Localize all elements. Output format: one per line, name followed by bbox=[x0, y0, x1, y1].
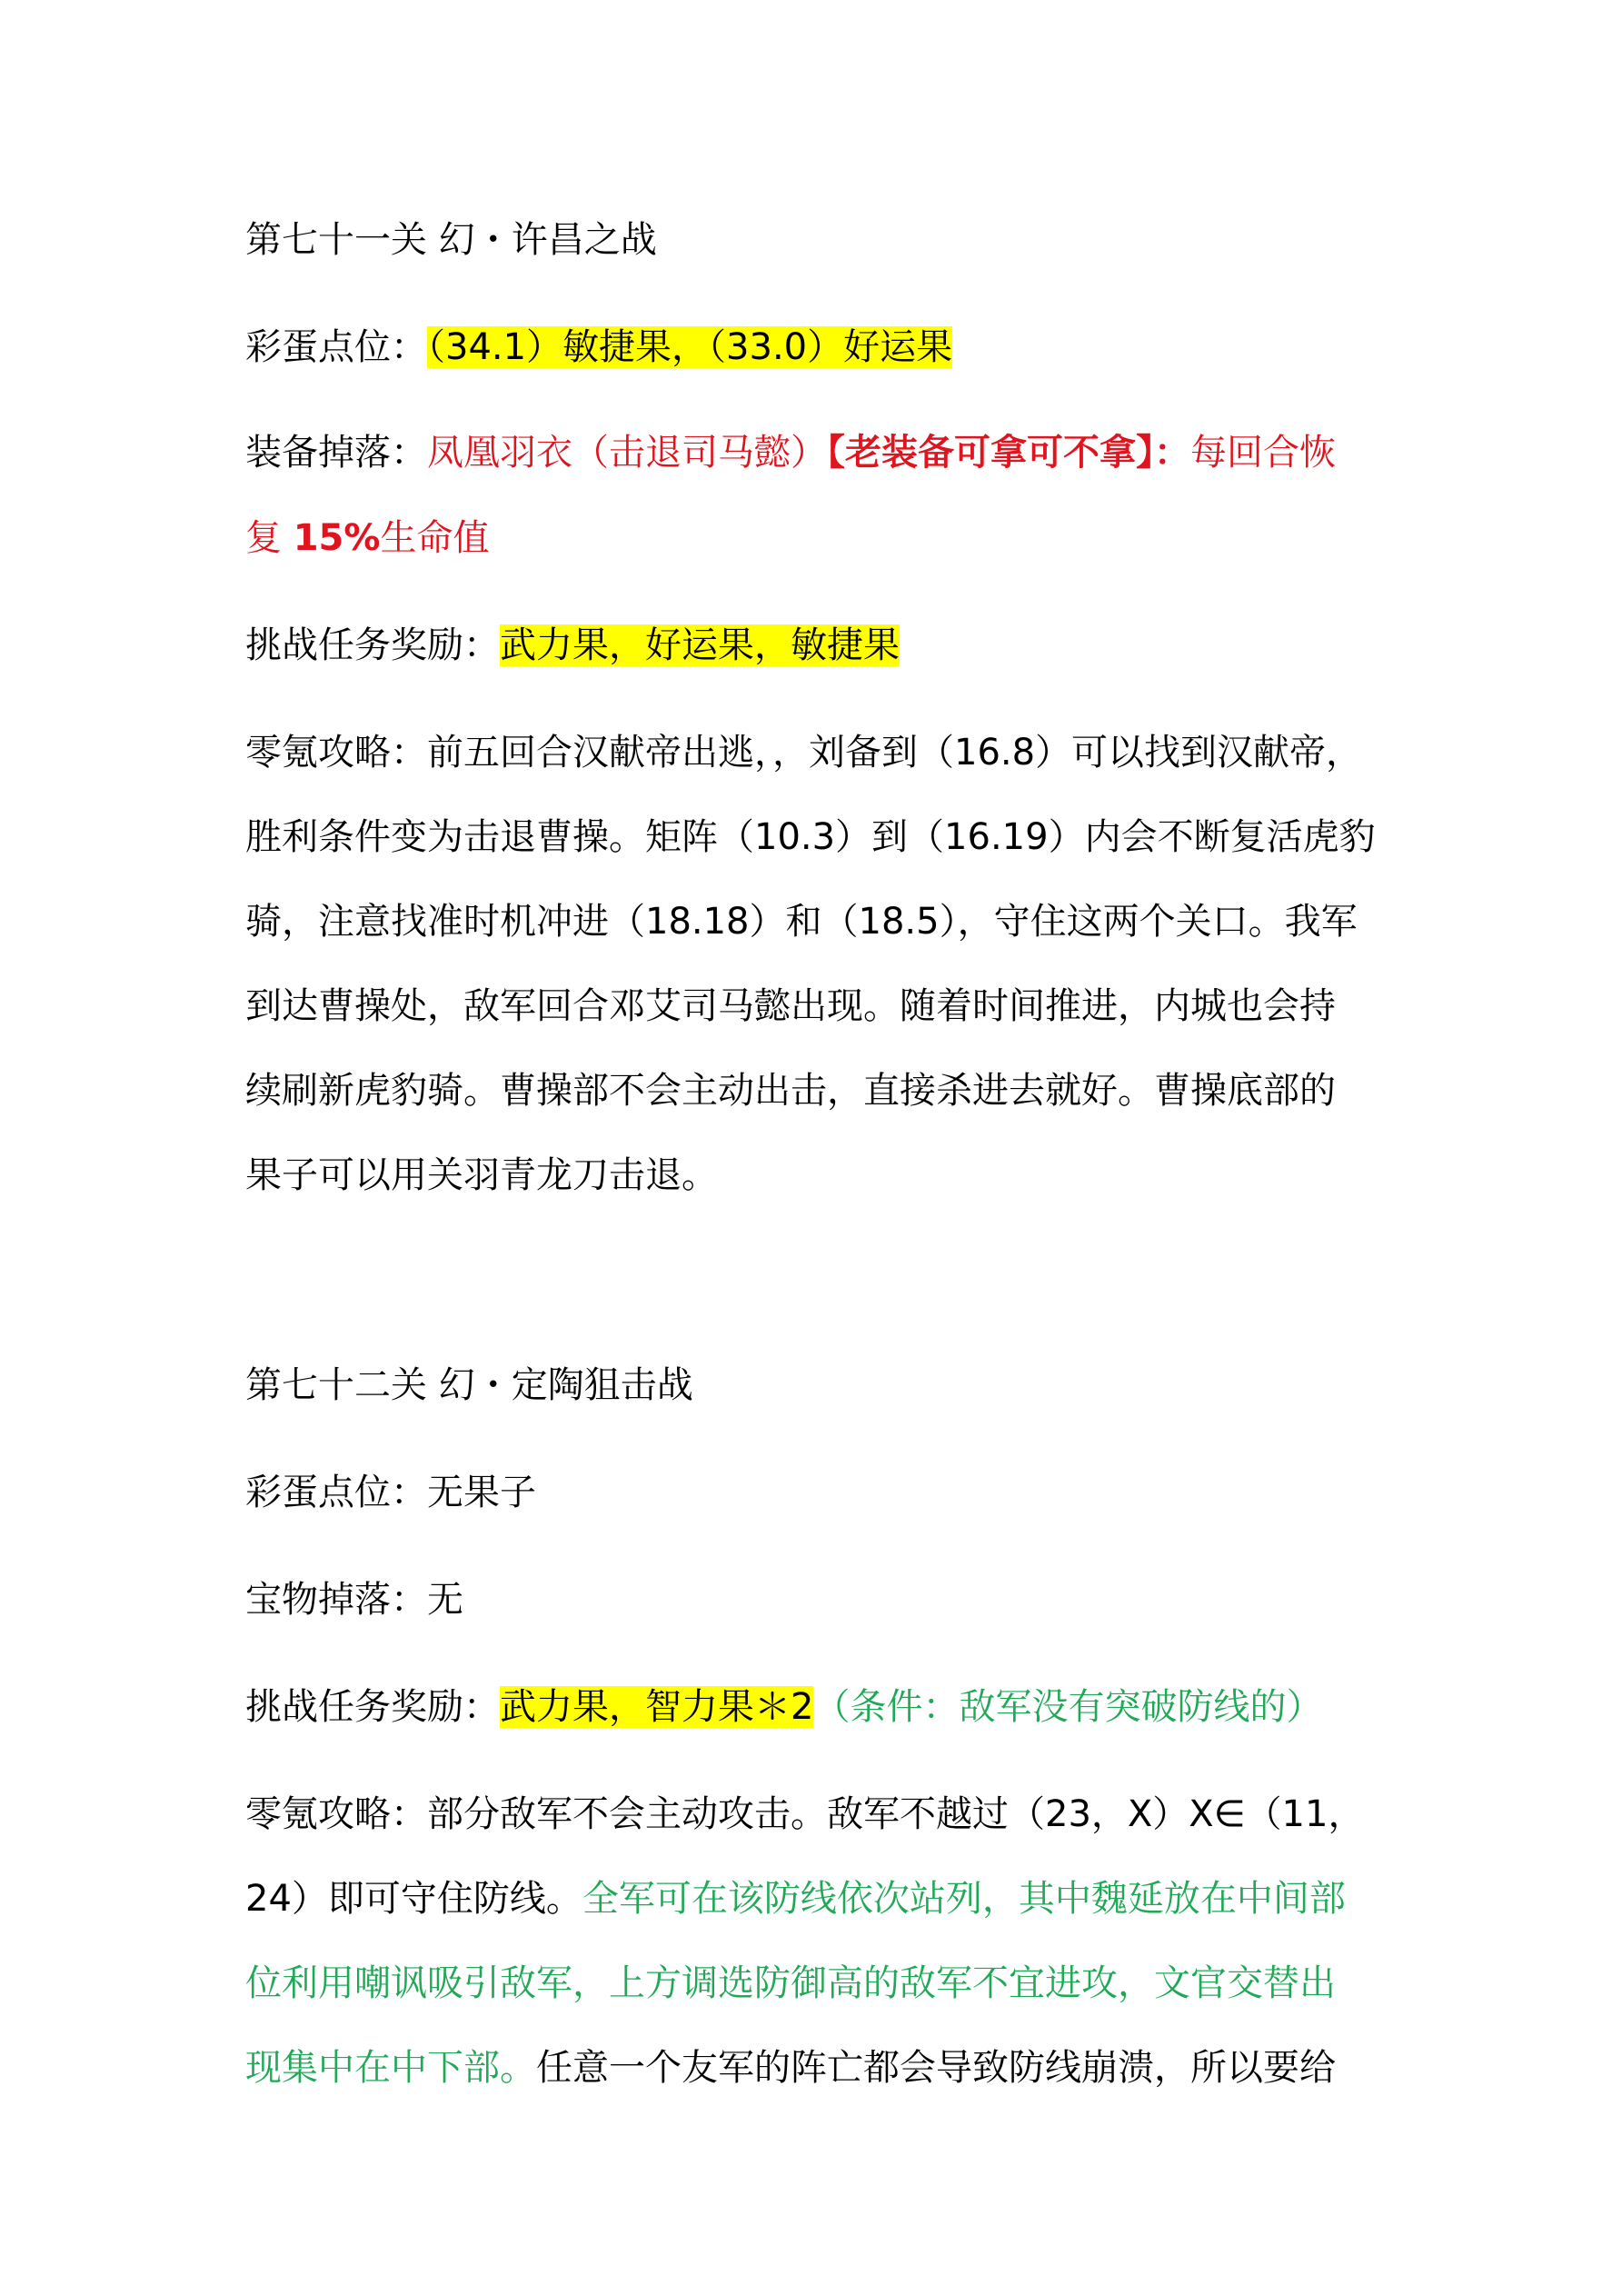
level72-easter-egg: 彩蛋点位：无果子 bbox=[245, 1467, 536, 1518]
equipment-drop-note: 【老装备可拿可不拿】： bbox=[827, 432, 1190, 474]
level72-strategy-line: 零氪攻略：部分敌军不会主动攻击。敌军不越过（23，X）X∈（11， bbox=[245, 1789, 1364, 1840]
level72-challenge-reward: 挑战任务奖励：武力果，智力果＊2（条件：敌军没有突破防线的） bbox=[245, 1682, 1322, 1732]
level71-strategy-line: 续刷新虎豹骑。曹操部不会主动出击，直接杀进去就好。曹操底部的 bbox=[245, 1065, 1336, 1116]
level71-strategy-line: 果子可以用关羽青龙刀击退。 bbox=[245, 1150, 718, 1201]
level71-strategy-line: 骑，注意找准时机冲进（18.18）和（18.5），守住这两个关口。我军 bbox=[245, 896, 1358, 947]
challenge-reward-condition: （条件：敌军没有突破防线的） bbox=[813, 1686, 1322, 1728]
level71-challenge-reward: 挑战任务奖励：武力果，好运果，敏捷果 bbox=[245, 620, 900, 671]
level71-equipment-drop: 装备掉落：凤凰羽衣（击退司马懿）【老装备可拿可不拿】：每回合恢 bbox=[245, 427, 1336, 478]
level71-easter-egg: 彩蛋点位：（34.1）敏捷果，（33.0）好运果 bbox=[245, 322, 952, 373]
easter-egg-label: 彩蛋点位： bbox=[245, 1472, 427, 1513]
equipment-drop-percent: 15% bbox=[294, 517, 381, 559]
level71-strategy-line: 零氪攻略：前五回合汉献帝出逃，，刘备到（16.8）可以找到汉献帝， bbox=[245, 727, 1362, 778]
equipment-drop-value: 凤凰羽衣（击退司马懿） bbox=[427, 432, 827, 474]
strategy-label: 零氪攻略： bbox=[245, 1793, 427, 1835]
treasure-drop-value: 无 bbox=[427, 1579, 463, 1621]
easter-egg-label: 彩蛋点位： bbox=[245, 326, 427, 368]
easter-egg-value: （34.1）敏捷果，（33.0）好运果 bbox=[427, 326, 952, 368]
strategy-text: 部分敌军不会主动攻击。敌军不越过（23，X）X∈（11， bbox=[427, 1793, 1364, 1835]
strategy-text: 24）即可守住防线。 bbox=[245, 1878, 582, 1920]
challenge-reward-value: 武力果，好运果，敏捷果 bbox=[500, 624, 900, 666]
strategy-label: 零氪攻略： bbox=[245, 732, 427, 774]
level71-strategy-line: 到达曹操处，敌军回合邓艾司马懿出现。随着时间推进，内城也会持 bbox=[245, 981, 1336, 1032]
strategy-tip: 全军可在该防线依次站列，其中魏延放在中间部 bbox=[582, 1878, 1346, 1920]
easter-egg-value: 无果子 bbox=[427, 1472, 536, 1513]
challenge-reward-label: 挑战任务奖励： bbox=[245, 1686, 500, 1728]
treasure-drop-label: 宝物掉落： bbox=[245, 1579, 427, 1621]
challenge-reward-value: 武力果，智力果＊2 bbox=[500, 1686, 813, 1728]
level72-title: 第七十二关 幻・定陶狙击战 bbox=[245, 1360, 693, 1411]
level72-treasure-drop: 宝物掉落：无 bbox=[245, 1574, 463, 1625]
strategy-text: 任意一个友军的阵亡都会导致防线崩溃，所以要给 bbox=[536, 2047, 1336, 2089]
level71-title: 第七十一关 幻・许昌之战 bbox=[245, 215, 657, 265]
level72-strategy-line: 现集中在中下部。任意一个友军的阵亡都会导致防线崩溃，所以要给 bbox=[245, 2042, 1336, 2093]
equipment-drop-effect-cont: 复 bbox=[245, 517, 294, 559]
equipment-drop-label: 装备掉落： bbox=[245, 432, 427, 474]
challenge-reward-label: 挑战任务奖励： bbox=[245, 624, 500, 666]
strategy-text: 前五回合汉献帝出逃，，刘备到（16.8）可以找到汉献帝， bbox=[427, 732, 1362, 774]
level71-equipment-drop-cont: 复 15%生命值 bbox=[245, 513, 489, 564]
equipment-drop-effect-end: 生命值 bbox=[380, 517, 489, 559]
level72-strategy-line: 24）即可守住防线。全军可在该防线依次站列，其中魏延放在中间部 bbox=[245, 1873, 1346, 1924]
equipment-drop-effect: 每回合恢 bbox=[1190, 432, 1336, 474]
level71-strategy-line: 胜利条件变为击退曹操。矩阵（10.3）到（16.19）内会不断复活虎豹 bbox=[245, 812, 1376, 863]
strategy-tip: 现集中在中下部。 bbox=[245, 2047, 536, 2089]
level72-strategy-line: 位利用嘲讽吸引敌军，上方调选防御高的敌军不宜进攻，文官交替出 bbox=[245, 1958, 1336, 2009]
